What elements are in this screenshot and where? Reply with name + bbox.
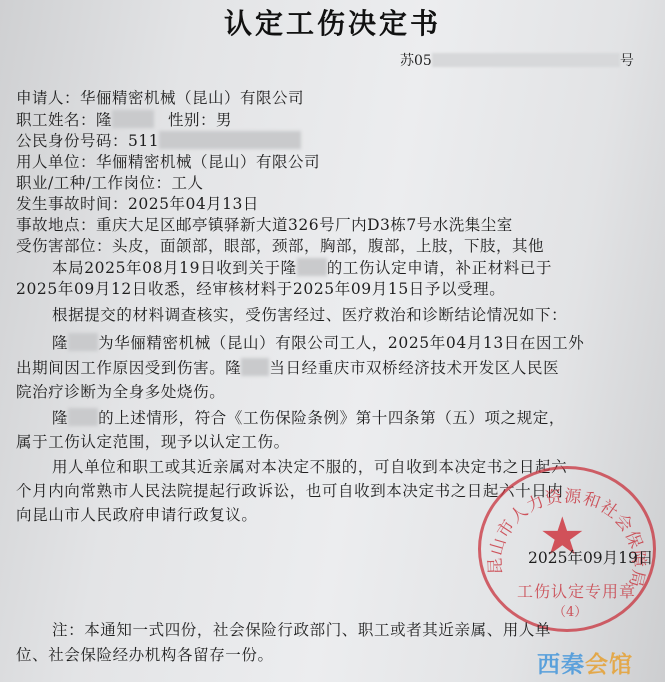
text: 本局2025年08月19日收到关于隆 (52, 259, 297, 277)
field-injury-parts: 受伤害部位：头皮，面颌部，眼部，颈部，胸部，腹部，上肢，下肢，其他 (16, 234, 544, 256)
document-number: 苏05号 (400, 50, 634, 70)
field-value: 男 (216, 111, 232, 129)
paragraph-investigation: 根据提交的材料调查核实，受伤害经过、医疗救治和诊断结论情况如下： (52, 303, 567, 325)
field-accident-place: 事故地点：重庆大足区邮亭镇驿新大道326号厂内D3栋7号水洗集尘室 (16, 213, 513, 235)
watermark-part2: 会馆 (585, 652, 633, 678)
paragraph-facts-line3: 院治疗诊断为全身多处烧伤。 (16, 380, 225, 402)
text: 隆 (52, 334, 68, 352)
field-applicant: 申请人：华俪精密机械（昆山）有限公司 (16, 86, 304, 108)
field-value: 头皮，面颌部，眼部，颈部，胸部，腹部，上肢，下肢，其他 (112, 237, 544, 255)
field-label: 职业/工种/工作岗位： (16, 174, 171, 192)
field-value: 2025年04月13日 (128, 195, 259, 213)
paragraph-receipt-line2: 2025年09月12日收悉，经审核材料于2025年09月15日予以受理。 (16, 277, 505, 299)
text: 隆 (52, 409, 68, 427)
note-line1: 注：本通知一式四份，社会保险行政部门、职工或者其近亲属、用人单 (52, 618, 551, 640)
text: 的工伤认定申请，补正材料已于 (327, 259, 552, 277)
paragraph-facts-line2: 出期间因工作原因受到伤害。隆当日经重庆市双桥经济技术开发区人民医 (16, 356, 559, 378)
field-label: 事故地点： (16, 216, 96, 234)
seal-number: （4） (553, 601, 587, 620)
redacted-id (159, 131, 301, 149)
doc-number-suffix: 号 (620, 53, 634, 69)
paragraph-decision-line1: 隆的上述情形，符合《工伤保险条例》第十四条第（五）项之规定， (52, 406, 565, 428)
watermark-part1: 西秦 (537, 652, 585, 678)
field-value: 华俪精密机械（昆山）有限公司 (96, 153, 320, 171)
field-label: 受伤害部位： (16, 237, 112, 255)
watermark-logo: 西秦会馆 (537, 646, 633, 679)
document-title: 认定工伤决定书 (0, 2, 665, 42)
seal-bottom-text: 工伤认定专用章 (517, 579, 636, 602)
redacted-name (112, 110, 154, 128)
field-label: 职工姓名： (16, 111, 96, 129)
field-value: 华俪精密机械（昆山）有限公司 (80, 89, 304, 107)
field-label: 性别： (168, 111, 216, 129)
field-value: 工人 (171, 174, 203, 192)
paragraph-facts-line1: 隆为华俪精密机械（昆山）有限公司工人，2025年04月13日在因工外 (52, 331, 584, 353)
field-value: 511 (128, 132, 159, 150)
field-label: 公民身份号码： (16, 132, 128, 150)
text: 的上述情形，符合《工伤保险条例》第十四条第（五）项之规定， (98, 409, 565, 427)
field-value: 重庆大足区邮亭镇驿新大道326号厂内D3栋7号水洗集尘室 (96, 216, 513, 234)
note-line2: 位、社会保险经办机构各留存一份。 (16, 643, 274, 665)
redacted-name (241, 358, 269, 376)
redacted-doc-number (432, 53, 620, 67)
field-label: 用人单位： (16, 153, 96, 171)
field-label: 发生事故时间： (16, 195, 128, 213)
field-label: 申请人： (16, 89, 80, 107)
signature-date: 2025年09月19日 (528, 546, 653, 568)
text: 为华俪精密机械（昆山）有限公司工人，2025年04月13日在因工外 (98, 334, 584, 352)
paragraph-decision-line2: 属于工伤认定范围，现予以认定工伤。 (16, 430, 290, 452)
redacted-name (297, 258, 327, 276)
field-accident-time: 发生事故时间：2025年04月13日 (16, 192, 259, 214)
field-employer: 用人单位：华俪精密机械（昆山）有限公司 (16, 150, 320, 172)
paragraph-receipt-line1: 本局2025年08月19日收到关于隆的工伤认定申请，补正材料已于 (52, 256, 552, 278)
text: 出期间因工作原因受到伤害。隆 (16, 359, 241, 377)
paragraph-appeal-line3: 向昆山市人民政府申请行政复议。 (16, 503, 258, 525)
doc-number-prefix: 苏05 (400, 53, 432, 69)
field-id-number: 公民身份号码：511 (16, 129, 301, 151)
text: 当日经重庆市双桥经济技术开发区人民医 (269, 359, 559, 377)
field-occupation: 职业/工种/工作岗位：工人 (16, 171, 203, 193)
redacted-name (68, 408, 98, 426)
field-worker-name: 职工姓名：隆性别：男 (16, 108, 232, 130)
redacted-name (68, 333, 98, 351)
field-value: 隆 (96, 111, 112, 129)
